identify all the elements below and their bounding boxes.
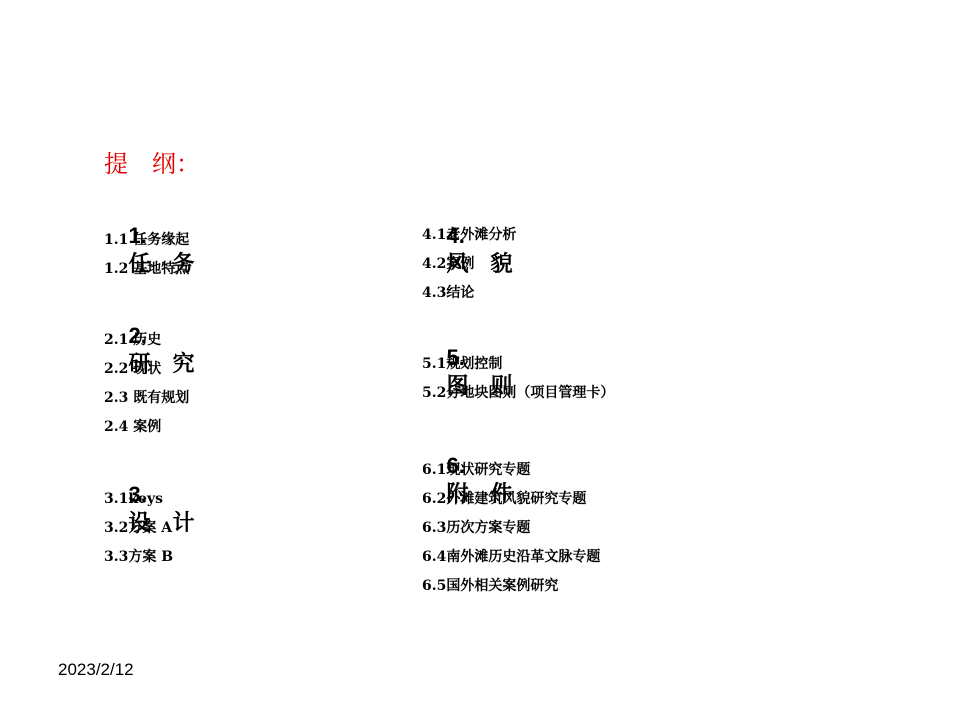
outline-item: 2.4 案例 bbox=[104, 413, 194, 442]
outline-item: 5.1规划控制 bbox=[422, 350, 614, 379]
outline-item: 1.1 任务缘起 bbox=[104, 226, 194, 255]
outline-item: 3.3方案 B bbox=[104, 543, 194, 572]
slide-title: 提 纲： bbox=[104, 149, 200, 179]
outline-item: 6.3历次方案专题 bbox=[422, 514, 600, 543]
section-appendix: 6. 附 件 6.1现状研究专题 6.2外滩建筑风貌研究专题 6.3历次方案专题… bbox=[422, 424, 600, 601]
section-guidelines: 5. 图 则 5.1规划控制 5.2分地块图则（项目管理卡） bbox=[422, 316, 614, 408]
section-heading: 2. 研 究 bbox=[104, 294, 194, 322]
slide-date: 2023/2/12 bbox=[58, 660, 134, 680]
section-design: 3. 设 计 3.1keys 3.2方案 A 3.3方案 B bbox=[104, 453, 194, 572]
outline-item: 5.2分地块图则（项目管理卡） bbox=[422, 379, 614, 408]
section-heading: 3. 设 计 bbox=[104, 453, 194, 481]
outline-item: 6.1现状研究专题 bbox=[422, 456, 600, 485]
section-task: 1. 任 务 1.1 任务缘起 1.2 基地特点 bbox=[104, 194, 194, 284]
outline-item: 2.3 既有规划 bbox=[104, 384, 194, 413]
outline-item: 6.4南外滩历史沿革文脉专题 bbox=[422, 543, 600, 572]
outline-item: 1.2 基地特点 bbox=[104, 255, 194, 284]
section-heading: 1. 任 务 bbox=[104, 194, 194, 222]
outline-item: 4.1老外滩分析 bbox=[422, 221, 516, 250]
outline-item: 4.3结论 bbox=[422, 279, 516, 308]
section-heading: 4. 风 貌 bbox=[422, 194, 516, 222]
outline-item: 6.5国外相关案例研究 bbox=[422, 572, 600, 601]
section-research: 2. 研 究 2.1 历史 2.2 现状 2.3 既有规划 2.4 案例 bbox=[104, 294, 194, 442]
section-heading: 6. 附 件 bbox=[422, 424, 600, 452]
section-style: 4. 风 貌 4.1老外滩分析 4.2案例 4.3结论 bbox=[422, 194, 516, 308]
section-heading: 5. 图 则 bbox=[422, 316, 614, 344]
outline-item: 6.2外滩建筑风貌研究专题 bbox=[422, 485, 600, 514]
